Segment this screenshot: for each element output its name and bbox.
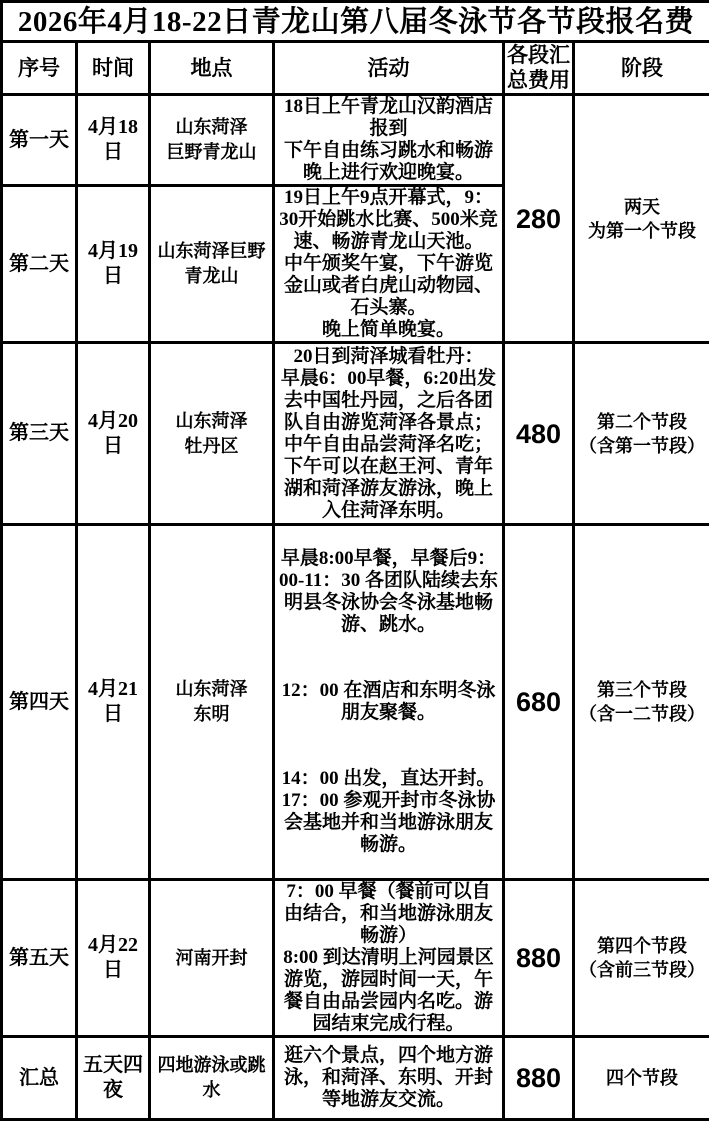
header-activity: 活动 — [274, 42, 504, 95]
place-value: 四地游泳或跳水 — [150, 1037, 274, 1120]
day-label: 第三天 — [2, 343, 77, 525]
place-value: 山东菏泽 巨野青龙山 — [150, 95, 274, 186]
table-row-day4: 第四天 4月21日 山东菏泽 东明 早晨8:00早餐，早餐后9：00-11：30… — [2, 525, 709, 880]
activity-text: 20日到菏泽城看牡丹： 早晨6：00早餐，6:20出发去中国牡丹园，之后各团队自… — [274, 343, 504, 525]
page-title: 2026年4月18-22日青龙山第八届冬泳节各节段报名费 — [2, 2, 709, 42]
header-stage: 阶段 — [574, 42, 709, 95]
header-time: 时间 — [77, 42, 150, 95]
activity-text: 18日上午青龙山汉韵酒店报到 下午自由练习跳水和畅游 晚上进行欢迎晚宴。 — [274, 95, 504, 186]
date-value: 4月20日 — [77, 343, 150, 525]
activity-paragraph: 早晨8:00早餐，早餐后9：00-11：30 各团队陆续去东明县冬泳协会冬泳基地… — [277, 548, 500, 636]
fee-value: 680 — [504, 525, 574, 880]
day-label: 第一天 — [2, 95, 77, 186]
table-row-day1: 第一天 4月18日 山东菏泽 巨野青龙山 18日上午青龙山汉韵酒店报到 下午自由… — [2, 95, 709, 186]
date-value: 4月18日 — [77, 95, 150, 186]
activity-text: 逛六个景点，四个地方游泳，和菏泽、东明、开封等地游友交流。 — [274, 1037, 504, 1120]
fee-schedule-table: 2026年4月18-22日青龙山第八届冬泳节各节段报名费 序号 时间 地点 活动… — [0, 0, 709, 1121]
fee-value: 280 — [504, 95, 574, 343]
table-row-day5: 第五天 4月22日 河南开封 7：00 早餐（餐前可以自由结合，和当地游泳朋友畅… — [2, 880, 709, 1037]
place-value: 河南开封 — [150, 880, 274, 1037]
place-value: 山东菏泽巨野青龙山 — [150, 186, 274, 343]
fee-value: 880 — [504, 880, 574, 1037]
header-index: 序号 — [2, 42, 77, 95]
activity-paragraph: 14：00 出发，直达开封。17：00 参观开封市冬泳协会基地并和当地游泳朋友畅… — [277, 768, 500, 856]
activity-text: 19日上午9点开幕式，9：30开始跳水比赛、500米竞速、畅游青龙山天池。 中午… — [274, 186, 504, 343]
stage-value: 四个节段 — [574, 1037, 709, 1120]
activity-paragraph: 12：00 在酒店和东明冬泳朋友聚餐。 — [277, 680, 500, 724]
day-label: 汇总 — [2, 1037, 77, 1120]
header-fee: 各段汇 总费用 — [504, 42, 574, 95]
date-value: 4月21日 — [77, 525, 150, 880]
place-value: 山东菏泽 东明 — [150, 525, 274, 880]
day-label: 第二天 — [2, 186, 77, 343]
activity-text: 早晨8:00早餐，早餐后9：00-11：30 各团队陆续去东明县冬泳协会冬泳基地… — [274, 525, 504, 880]
date-value: 4月19日 — [77, 186, 150, 343]
table-row-day3: 第三天 4月20日 山东菏泽 牡丹区 20日到菏泽城看牡丹： 早晨6：00早餐，… — [2, 343, 709, 525]
fee-value: 880 — [504, 1037, 574, 1120]
date-value: 五天四夜 — [77, 1037, 150, 1120]
stage-value: 第三个节段 （含一二节段） — [574, 525, 709, 880]
stage-value: 第四个节段 （含前三节段） — [574, 880, 709, 1037]
day-label: 第五天 — [2, 880, 77, 1037]
place-value: 山东菏泽 牡丹区 — [150, 343, 274, 525]
table-row-summary: 汇总 五天四夜 四地游泳或跳水 逛六个景点，四个地方游泳，和菏泽、东明、开封等地… — [2, 1037, 709, 1120]
fee-value: 480 — [504, 343, 574, 525]
day-label: 第四天 — [2, 525, 77, 880]
stage-value: 两天 为第一个节段 — [574, 95, 709, 343]
date-value: 4月22日 — [77, 880, 150, 1037]
stage-value: 第二个节段 （含第一节段） — [574, 343, 709, 525]
activity-text: 7：00 早餐（餐前可以自由结合，和当地游泳朋友畅游） 8:00 到达清明上河园… — [274, 880, 504, 1037]
header-place: 地点 — [150, 42, 274, 95]
